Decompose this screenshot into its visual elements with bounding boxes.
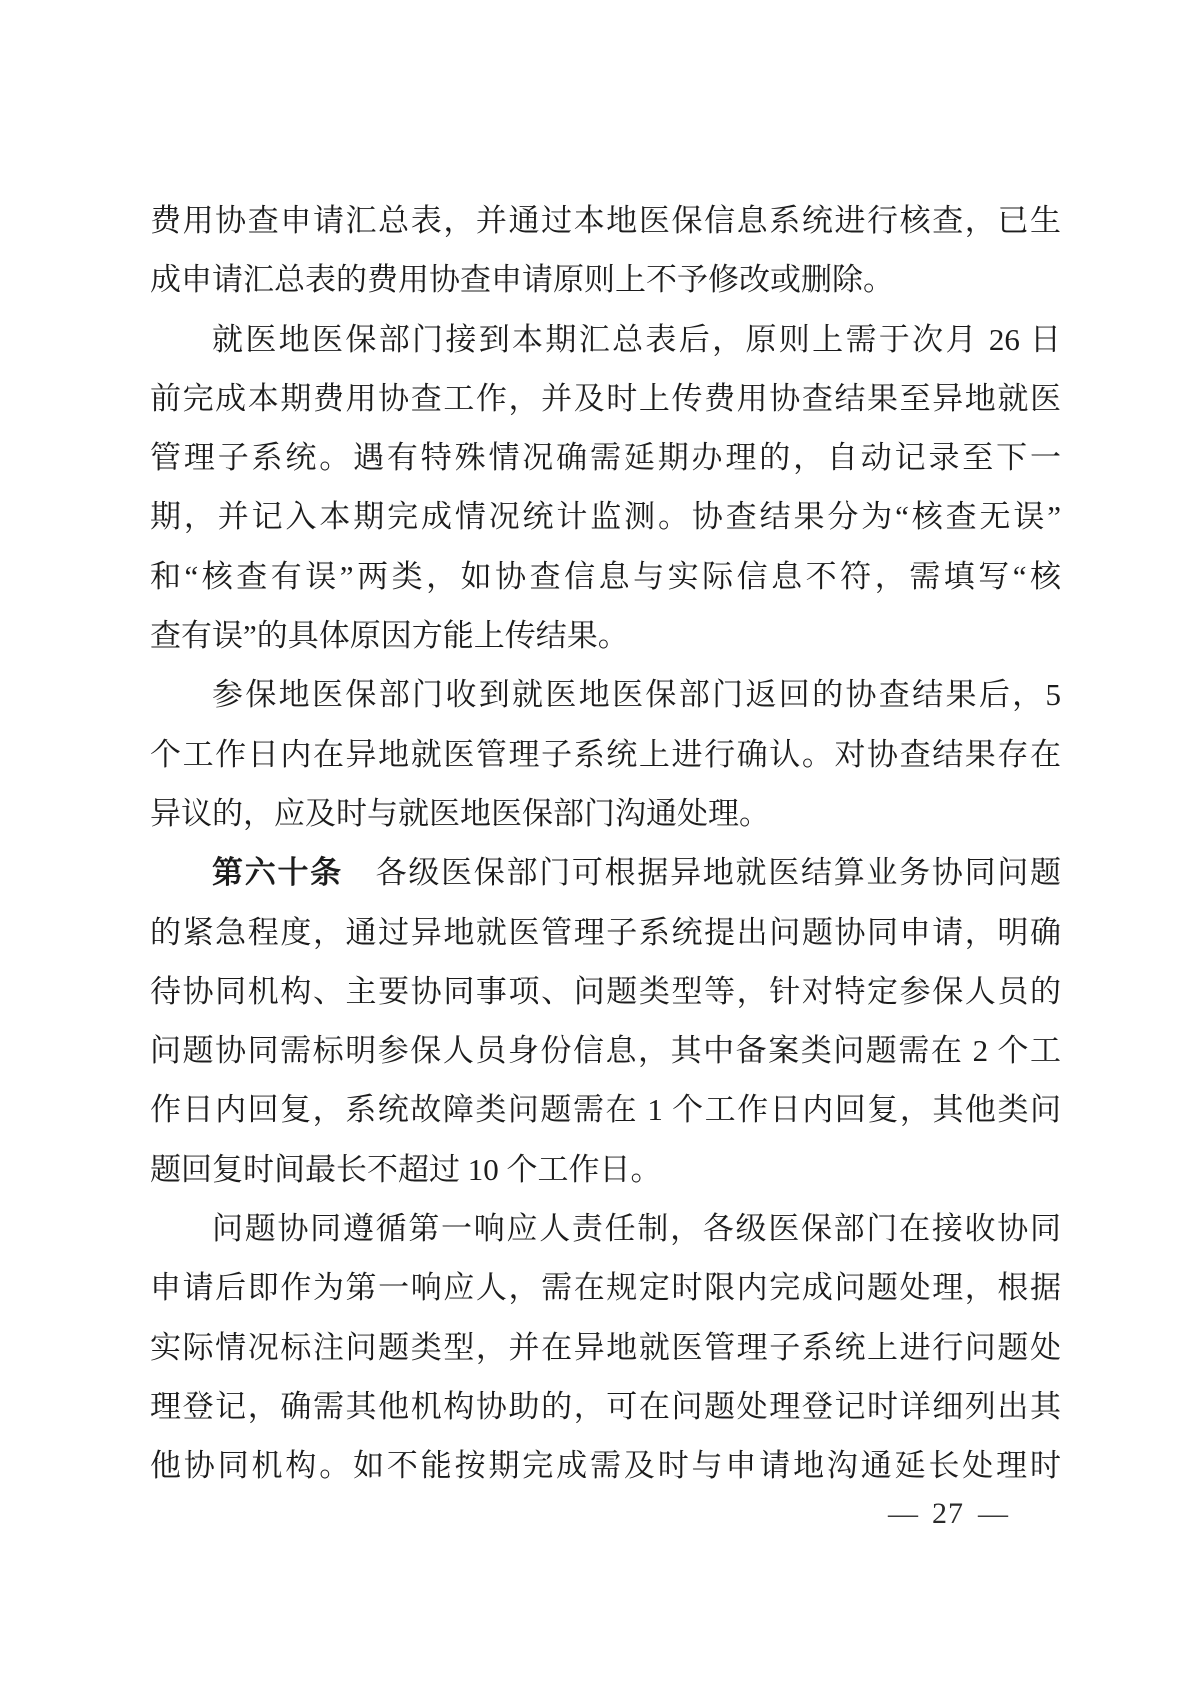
page-footer: —27— [882,1494,1014,1534]
text-line: 实际情况标注问题类型，并在异地就医管理子系统上进行问题处 [150,1318,1061,1377]
text-line: 理登记，确需其他机构协助的，可在问题处理登记时详细列出其 [150,1377,1061,1436]
text-line paragraph-start: 问题协同遵循第一响应人责任制，各级医保部门在接收协同 [150,1199,1061,1258]
text-line: 管理子系统。遇有特殊情况确需延期办理的，自动记录至下一 [150,428,1061,487]
body-text-block: 费用协查申请汇总表，并通过本地医保信息系统进行核查，已生 成申请汇总表的费用协查… [150,191,1061,1496]
text-line: 的紧急程度，通过异地就医管理子系统提出问题协同申请，明确 [150,903,1061,962]
footer-dash-left: — [888,1497,918,1530]
page-number: 27 [932,1497,964,1530]
text-line: 他协同机构。如不能按期完成需及时与申请地沟通延长处理时 [150,1436,1061,1495]
text-line paragraph-end: 异议的，应及时与就医地医保部门沟通处理。 [150,784,1061,843]
text-line: 期，并记入本期完成情况统计监测。协查结果分为“核查无误” [150,487,1061,546]
text-line article-60-start: 第六十条 各级医保部门可根据异地就医结算业务协同问题 [150,843,1061,902]
text-line: 前完成本期费用协查工作，并及时上传费用协查结果至异地就医 [150,369,1061,428]
text-line: 问题协同需标明参保人员身份信息，其中备案类问题需在 2 个工 [150,1021,1061,1080]
text-line: 费用协查申请汇总表，并通过本地医保信息系统进行核查，已生 [150,191,1061,250]
text-line: 申请后即作为第一响应人，需在规定时限内完成问题处理，根据 [150,1258,1061,1317]
document-page: 费用协查申请汇总表，并通过本地医保信息系统进行核查，已生 成申请汇总表的费用协查… [0,0,1190,1683]
article-60-lead-text: 各级医保部门可根据异地就医结算业务协同问题 [343,855,1061,890]
footer-dash-right: — [978,1497,1008,1530]
text-line paragraph-start: 参保地医保部门收到就医地医保部门返回的协查结果后，5 [150,665,1061,724]
text-line paragraph-end: 题回复时间最长不超过 10 个工作日。 [150,1140,1061,1199]
article-number-heading: 第六十条 [212,855,343,890]
text-line: 作日内回复，系统故障类问题需在 1 个工作日内回复，其他类问 [150,1080,1061,1139]
text-line paragraph-end: 查有误”的具体原因方能上传结果。 [150,606,1061,665]
text-line paragraph-end: 成申请汇总表的费用协查申请原则上不予修改或删除。 [150,250,1061,309]
text-line: 和“核查有误”两类，如协查信息与实际信息不符，需填写“核 [150,547,1061,606]
text-line paragraph-start: 就医地医保部门接到本期汇总表后，原则上需于次月 26 日 [150,310,1061,369]
text-line: 待协同机构、主要协同事项、问题类型等，针对特定参保人员的 [150,962,1061,1021]
text-line: 个工作日内在异地就医管理子系统上进行确认。对协查结果存在 [150,725,1061,784]
